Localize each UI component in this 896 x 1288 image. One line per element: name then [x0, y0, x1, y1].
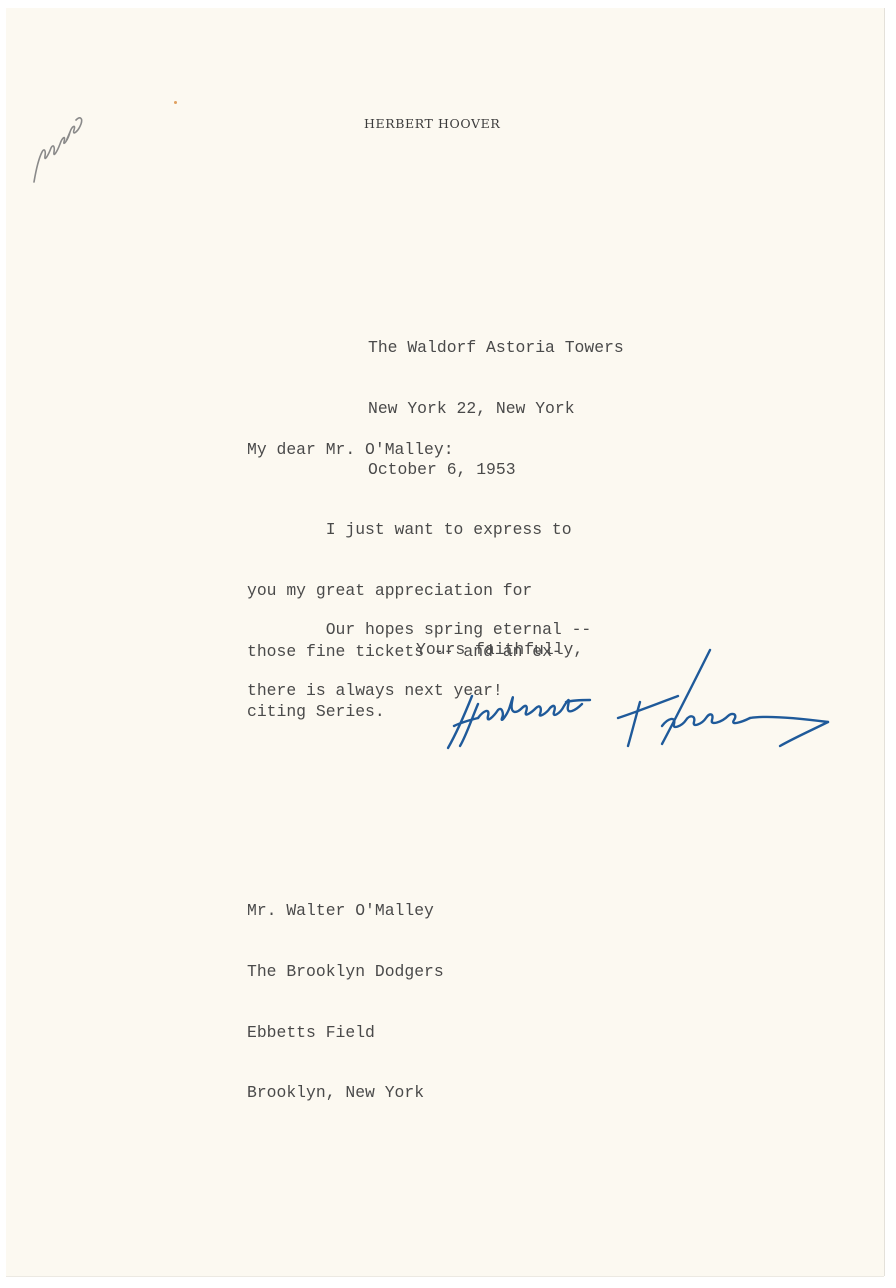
body-line: I just want to express to [247, 520, 572, 540]
paper-speck [174, 101, 177, 104]
recipient-address-block: Mr. Walter O'Malley The Brooklyn Dodgers… [247, 861, 444, 1144]
sender-address-line: New York 22, New York [368, 399, 624, 419]
recipient-name: Mr. Walter O'Malley [247, 901, 444, 921]
recipient-address-line: Ebbetts Field [247, 1023, 444, 1043]
signature [442, 644, 834, 756]
pencil-annotation [26, 90, 86, 190]
sender-address-line: The Waldorf Astoria Towers [368, 338, 624, 358]
salutation: My dear Mr. O'Malley: [247, 440, 454, 460]
recipient-address-line: The Brooklyn Dodgers [247, 962, 444, 982]
letterhead: HERBERT HOOVER [364, 116, 500, 131]
body-line: Our hopes spring eternal -- [247, 620, 591, 640]
recipient-address-line: Brooklyn, New York [247, 1083, 444, 1103]
letter-page: HERBERT HOOVER The Waldorf Astoria Tower… [6, 8, 884, 1276]
letter-date: October 6, 1953 [368, 460, 624, 480]
